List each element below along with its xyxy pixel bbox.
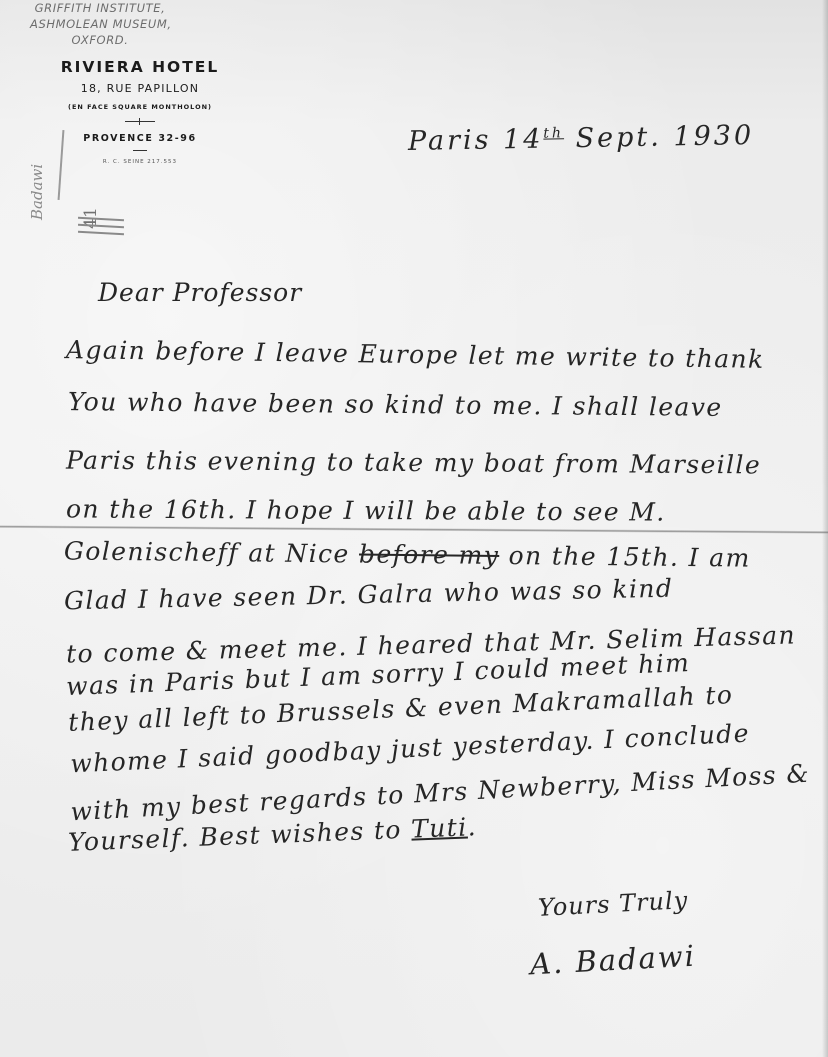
stamp-line: GRIFFITH INSTITUTE,: [30, 0, 170, 16]
pencil-annotation-name: Badawi: [28, 164, 46, 220]
hotel-address: 18, RUE PAPILLON: [45, 82, 235, 95]
body-line: Paris this evening to take my boat from …: [66, 446, 761, 480]
body-text: .: [467, 812, 477, 841]
body-line: on the 16th. I hope I will be able to se…: [66, 494, 666, 526]
hotel-phone: PROVENCE 32-96: [45, 133, 235, 144]
hotel-registration: R. C. SEINE 217.553: [45, 159, 235, 165]
body-text: on the 15th. I am: [499, 541, 751, 573]
date-day-suffix: th: [543, 125, 564, 141]
hotel-letterhead: RIVIERA HOTEL 18, RUE PAPILLON (EN FACE …: [45, 58, 235, 165]
date-month-year: Sept. 1930: [575, 120, 754, 154]
divider: [133, 150, 147, 151]
body-text: Golenischeff at Nice: [64, 536, 359, 568]
hotel-location-note: (EN FACE SQUARE MONTHOLON): [45, 103, 235, 111]
pencil-strike-marks: [78, 218, 124, 239]
hotel-name: RIVIERA HOTEL: [45, 58, 235, 76]
underlined-name: Tuti: [411, 813, 468, 844]
paper-edge: [822, 0, 828, 1057]
letter-date: Paris 14th Sept. 1930: [408, 120, 755, 157]
stamp-line: ASHMOLEAN MUSEUM,: [30, 16, 170, 32]
ornament-divider-icon: [125, 117, 155, 125]
stamp-line: OXFORD.: [30, 32, 170, 48]
salutation: Dear Professor: [98, 278, 302, 307]
struck-text: before my: [359, 539, 500, 569]
archive-stamp: GRIFFITH INSTITUTE, ASHMOLEAN MUSEUM, OX…: [30, 0, 170, 48]
body-line: You who have been so kind to me. I shall…: [68, 387, 723, 422]
date-day: 14: [503, 124, 544, 156]
date-place: Paris: [408, 125, 492, 157]
